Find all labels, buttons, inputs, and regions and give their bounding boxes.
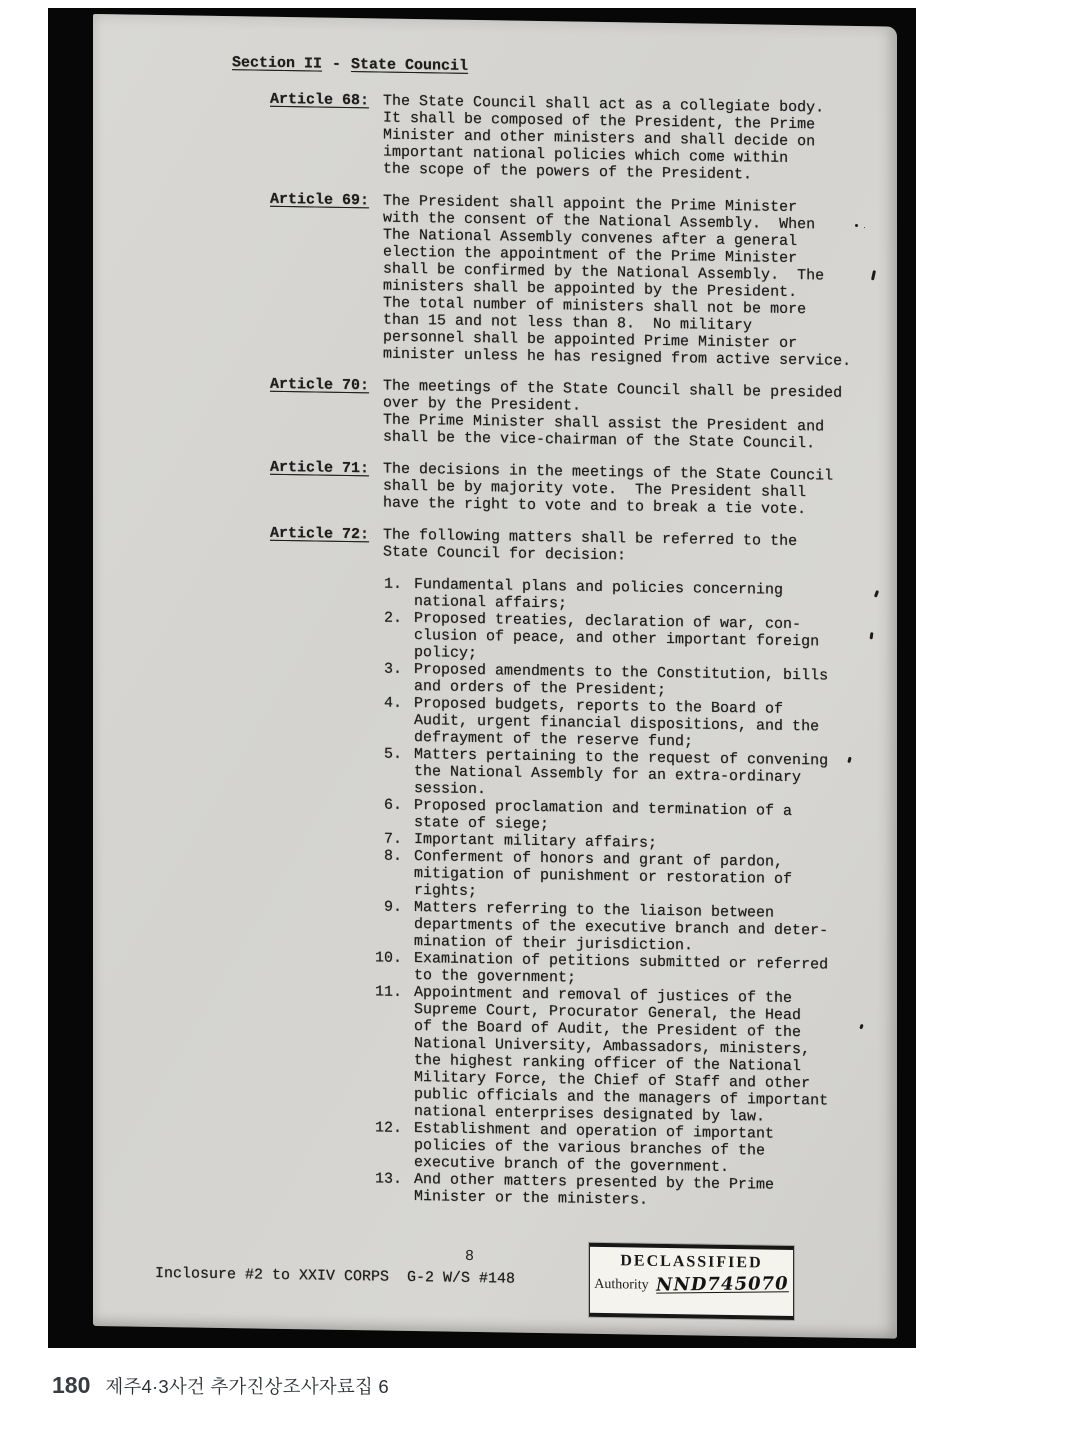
list-item-number: 9. xyxy=(353,898,402,950)
article-70: Article 70: The meetings of the State Co… xyxy=(270,376,897,454)
list-item: 2. Proposed treaties, declaration of war… xyxy=(353,609,897,669)
section-number: Section II xyxy=(232,54,322,72)
list-item-text: Matters pertaining to the request of con… xyxy=(414,746,844,804)
declassified-stamp: DECLASSIFIED Authority NND745070 xyxy=(589,1243,794,1320)
article-label: Article 72: xyxy=(270,525,383,561)
list-item-number: 4. xyxy=(353,694,402,746)
list-item: 9. Matters referring to the liaison betw… xyxy=(353,898,897,958)
list-item: 4. Proposed budgets, reports to the Boar… xyxy=(353,694,897,754)
list-item-number: 1. xyxy=(353,575,402,610)
list-item-number: 6. xyxy=(353,796,402,831)
article-69: Article 69: The President shall appoint … xyxy=(270,191,897,371)
list-item-number: 2. xyxy=(353,609,402,661)
list-item-text: Conferment of honors and grant of pardon… xyxy=(414,848,844,906)
article-text: The meetings of the State Council shall … xyxy=(383,378,863,454)
section-title: State Council xyxy=(351,56,468,75)
article-72: Article 72: The following matters shall … xyxy=(270,525,897,569)
article-label: Article 71: xyxy=(270,459,383,512)
list-item: 5. Matters pertaining to the request of … xyxy=(353,745,897,805)
list-item-number: 8. xyxy=(353,847,402,899)
scanned-document: Section II-State Council Article 68: The… xyxy=(48,8,916,1348)
list-item: 12. Establishment and operation of impor… xyxy=(353,1119,897,1179)
list-item-text: Establishment and operation of important… xyxy=(414,1120,844,1178)
section-heading: Section II-State Council xyxy=(232,54,897,81)
stamp-title: DECLASSIFIED xyxy=(590,1252,793,1273)
ink-speck xyxy=(855,224,858,227)
list-item: 8. Conferment of honors and grant of par… xyxy=(353,847,897,907)
article-label: Article 69: xyxy=(270,191,383,363)
list-item-number: 3. xyxy=(353,660,402,695)
article-text: The State Council shall act as a collegi… xyxy=(383,93,863,186)
typewritten-content: Section II-State Council Article 68: The… xyxy=(93,52,897,1213)
list-item-number: 10. xyxy=(353,949,402,984)
article-label: Article 70: xyxy=(270,376,383,446)
list-item-text: Appointment and removal of justices of t… xyxy=(414,984,844,1127)
book-caption: 180 제주4·3사건 추가진상조사자료집 6 xyxy=(52,1372,389,1399)
list-item: 11. Appointment and removal of justices … xyxy=(353,983,897,1128)
list-item-number: 7. xyxy=(353,830,402,848)
list-item-text: Proposed treaties, declaration of war, c… xyxy=(414,610,844,668)
list-item-text: Matters referring to the liaison between… xyxy=(414,899,844,957)
article-text: The decisions in the meetings of the Sta… xyxy=(383,461,863,520)
article-text: The following matters shall be referred … xyxy=(383,527,863,569)
stamp-authority-number: NND745070 xyxy=(656,1273,789,1295)
book-title: 제주4·3사건 추가진상조사자료집 6 xyxy=(105,1373,388,1399)
document-page: Section II-State Council Article 68: The… xyxy=(93,14,897,1339)
page-number: 8 xyxy=(465,1248,474,1265)
list-item-number: 12. xyxy=(353,1119,402,1171)
decision-matters-list: 1. Fundamental plans and policies concer… xyxy=(353,575,897,1213)
list-item-number: 11. xyxy=(353,983,402,1120)
inclosure-line: Inclosure #2 to XXIV CORPS G-2 W/S #148 xyxy=(155,1265,515,1288)
stamp-authority-label: Authority xyxy=(594,1277,648,1293)
article-71: Article 71: The decisions in the meeting… xyxy=(270,459,897,520)
list-item: 13. And other matters presented by the P… xyxy=(353,1170,897,1213)
article-text: The President shall appoint the Prime Mi… xyxy=(383,193,863,371)
article-label: Article 68: xyxy=(270,91,383,178)
list-item-text: And other matters presented by the Prime… xyxy=(414,1171,844,1212)
stamp-authority-line: Authority NND745070 xyxy=(590,1272,793,1296)
list-item-text: Proposed budgets, reports to the Board o… xyxy=(414,695,844,753)
article-68: Article 68: The State Council shall act … xyxy=(270,91,897,186)
list-item-number: 5. xyxy=(353,745,402,797)
list-item-number: 13. xyxy=(353,1170,402,1205)
book-page-number: 180 xyxy=(52,1372,90,1399)
section-separator: - xyxy=(332,56,341,73)
